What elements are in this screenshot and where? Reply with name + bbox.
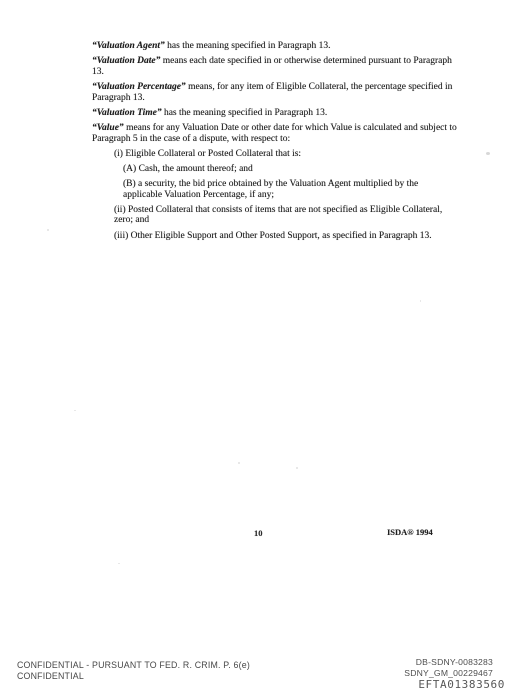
clause-i: (i) Eligible Collateral or Posted Collat…	[114, 149, 462, 160]
confidentiality-footer: CONFIDENTIAL - PURSUANT TO FED. R. CRIM.…	[17, 660, 250, 683]
defined-term: “Valuation Time”	[92, 108, 162, 118]
definitions-section: “Valuation Agent” has the meaning specif…	[92, 41, 464, 246]
clause-b: (B) a security, the bid price obtained b…	[123, 179, 453, 200]
scan-speck	[486, 152, 490, 155]
definition-value: “Value” means for any Valuation Date or …	[92, 123, 464, 144]
scanned-document-page: “Valuation Agent” has the meaning specif…	[0, 0, 512, 699]
definition-text: means for any Valuation Date or other da…	[92, 123, 457, 144]
clause-iii: (iii) Other Eligible Support and Other P…	[114, 231, 462, 242]
clause-a: (A) Cash, the amount thereof; and	[123, 164, 453, 175]
scan-speck	[47, 229, 49, 231]
clause-ii: (ii) Posted Collateral that consists of …	[114, 205, 462, 226]
definition-valuation-date: “Valuation Date” means each date specifi…	[92, 56, 464, 77]
definition-text: has the meaning specified in Paragraph 1…	[162, 108, 328, 118]
bates-stamp: EFTA01383560	[418, 678, 505, 691]
production-numbers: DB-SDNY-0083283 SDNY_GM_00229467	[404, 657, 493, 679]
scan-speck	[420, 300, 421, 302]
defined-term: “Valuation Date”	[92, 56, 160, 66]
defined-term: “Value”	[92, 123, 124, 133]
definition-valuation-agent: “Valuation Agent” has the meaning specif…	[92, 41, 464, 52]
scan-speck	[296, 467, 298, 469]
page-number: 10	[254, 528, 263, 538]
confidentiality-line-1: CONFIDENTIAL - PURSUANT TO FED. R. CRIM.…	[17, 660, 250, 671]
isda-copyright: ISDA® 1994	[387, 527, 433, 537]
definition-valuation-percentage: “Valuation Percentage” means, for any it…	[92, 82, 464, 103]
confidentiality-line-2: CONFIDENTIAL	[17, 671, 250, 682]
defined-term: “Valuation Percentage”	[92, 82, 186, 92]
scan-speck	[238, 462, 240, 464]
defined-term: “Valuation Agent”	[92, 41, 165, 51]
production-number-db-sdny: DB-SDNY-0083283	[404, 657, 493, 668]
definition-valuation-time: “Valuation Time” has the meaning specifi…	[92, 108, 464, 119]
scan-speck	[118, 563, 120, 564]
scan-speck	[74, 410, 76, 411]
definition-text: has the meaning specified in Paragraph 1…	[165, 41, 331, 51]
